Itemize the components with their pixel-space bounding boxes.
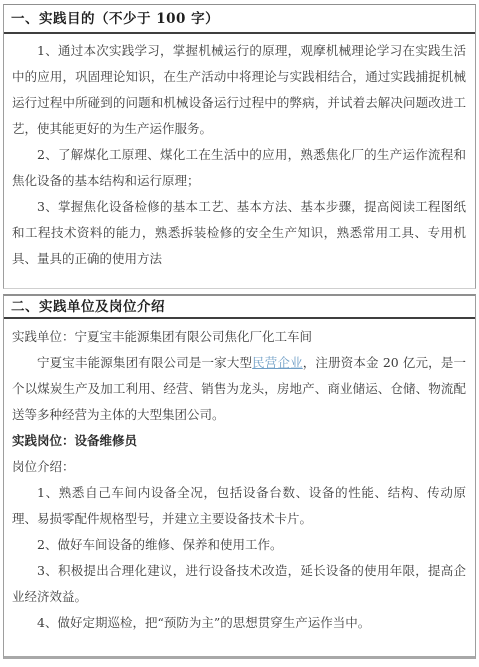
company-intro-text-before: 宁夏宝丰能源集团有限公司是一家大型 [37,355,252,370]
duty-item-1: 1、熟悉自己车间内设备全况，包括设备台数、设备的性能、结构、传动原理、易损零配件… [12,480,466,532]
duty-item-4: 4、做好定期巡检，把“预防为主”的思想贯穿生产运作当中。 [12,610,466,636]
private-enterprise-link[interactable]: 民营企业 [252,355,303,370]
company-intro-paragraph: 宁夏宝丰能源集团有限公司是一家大型民营企业，注册资本金 20 亿元，是一个以煤炭… [12,350,466,428]
position-intro-label: 岗位介绍： [12,454,466,480]
purpose-paragraph-2: 2、了解煤化工原理、煤化工在生活中的应用，熟悉焦化厂的生产运作流程和焦化设备的基… [12,142,466,194]
purpose-paragraph-1: 1、通过本次实践学习，掌握机械运行的原理，观摩机械理论学习在实践生活中的应用，巩… [12,38,466,142]
section-unit-position: 二、实践单位及岗位介绍 实践单位：宁夏宝丰能源集团有限公司焦化厂化工车间 宁夏宝… [3,294,476,659]
section2-title: 二、实践单位及岗位介绍 [4,296,475,319]
duty-item-3: 3、积极提出合理化建议，进行设备技术改造，延长设备的使用年限，提高企业经济效益。 [12,558,466,610]
duty-item-2: 2、做好车间设备的维修、保养和使用工作。 [12,532,466,558]
practice-unit-line: 实践单位：宁夏宝丰能源集团有限公司焦化厂化工车间 [12,324,466,350]
section1-title: 一、实践目的（不少于 100 字） [4,5,475,34]
practice-position-line: 实践岗位：设备维修员 [12,428,466,454]
document-page: 一、实践目的（不少于 100 字） 1、通过本次实践学习，掌握机械运行的原理，观… [0,0,479,667]
section1-content: 1、通过本次实践学习，掌握机械运行的原理，观摩机械理论学习在实践生活中的应用，巩… [4,34,475,288]
purpose-paragraph-3: 3、掌握焦化设备检修的基本工艺、基本方法、基本步骤，提高阅读工程图纸和工程技术资… [12,194,466,272]
section-practice-purpose: 一、实践目的（不少于 100 字） 1、通过本次实践学习，掌握机械运行的原理，观… [3,4,476,289]
section2-content: 实践单位：宁夏宝丰能源集团有限公司焦化厂化工车间 宁夏宝丰能源集团有限公司是一家… [4,319,475,656]
